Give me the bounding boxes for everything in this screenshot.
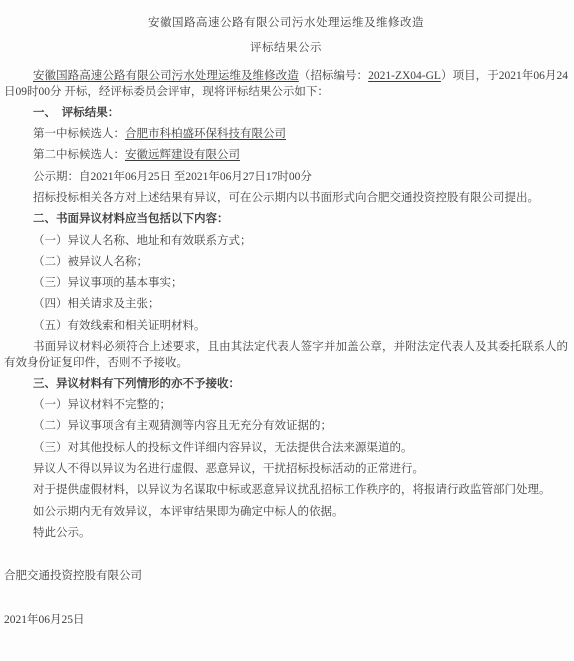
winner-1-name: 合肥市科柏盛环保科技有限公司 bbox=[125, 128, 286, 140]
winner-1-label: 第一中标候选人： bbox=[33, 128, 125, 140]
section-3-item-3: （三）对其他投标人的投标文件详细内容异议，无法提供合法来源渠道的。 bbox=[4, 441, 568, 457]
winner-1-line: 第一中标候选人：合肥市科柏盛环保科技有限公司 bbox=[4, 127, 568, 143]
section-1-heading: 一、 评标结果： bbox=[4, 106, 568, 122]
bid-number: 2021-ZX04-GL bbox=[368, 70, 441, 82]
winner-2-line: 第二中标候选人：安徽远辉建设有限公司 bbox=[4, 148, 568, 164]
document-title-line1: 安徽国路高速公路有限公司污水处理运维及维修改造 bbox=[4, 16, 568, 31]
objection-notice-line: 招标投标相关各方对上述结果有异议，可在公示期内以书面形式向合肥交通投资控股有限公… bbox=[4, 191, 568, 207]
section-2-item-5: （五）有效线索和相关证明材料。 bbox=[4, 319, 568, 335]
section-3-item-2: （二）异议事项含有主观猜测等内容且无充分有效证据的； bbox=[4, 419, 568, 435]
project-name: 安徽国路高速公路有限公司污水处理运维及维修改造 bbox=[33, 70, 299, 82]
requirement-paragraph: 书面异议材料必须符合上述要求，且由其法定代表人签字并加盖公章，并附法定代表人及其… bbox=[4, 340, 568, 371]
note-result-basis: 如公示期内无有效异议，本评审结果即为确定中标人的依据。 bbox=[4, 505, 568, 521]
section-2-item-1: （一）异议人名称、地址和有效联系方式； bbox=[4, 234, 568, 250]
section-2-heading: 二、书面异议材料应当包括以下内容： bbox=[4, 212, 568, 228]
note-false-material-penalty: 对于提供虚假材料，以异议为名谋取中标或恶意异议扰乱招标工作秩序的，将报请行政监管… bbox=[4, 483, 568, 499]
section-2-item-2: （二）被异议人名称； bbox=[4, 255, 568, 271]
signature-date: 2021年06月25日 bbox=[4, 613, 543, 629]
document-title-line2: 评标结果公示 bbox=[4, 41, 568, 56]
signature-company: 合肥交通投资控股有限公司 bbox=[4, 569, 543, 585]
publicity-period-line: 公示期：自2021年06月25日 至2021年06月27日17时00分 bbox=[4, 170, 568, 186]
section-2-item-4: （四）相关请求及主张； bbox=[4, 297, 568, 313]
section-3-item-1: （一）异议材料不完整的； bbox=[4, 398, 568, 414]
section-2-item-3: （三）异议事项的基本事实； bbox=[4, 276, 568, 292]
winner-2-label: 第二中标候选人： bbox=[33, 149, 125, 161]
signature-block: 合肥交通投资控股有限公司 2021年06月25日 bbox=[4, 569, 568, 628]
section-3-heading: 三、异议材料有下列情形的亦不予接收： bbox=[4, 377, 568, 393]
winner-2-name: 安徽远辉建设有限公司 bbox=[125, 149, 240, 161]
closing-line: 特此公示。 bbox=[4, 526, 568, 542]
intro-paragraph: 安徽国路高速公路有限公司污水处理运维及维修改造（招标编号：2021-ZX04-G… bbox=[4, 69, 568, 100]
note-no-false-objection: 异议人不得以异议为名进行虚假、恶意异议，干扰招标投标活动的正常进行。 bbox=[4, 462, 568, 478]
intro-text-before-number: （招标编号： bbox=[299, 70, 368, 82]
document-page: 安徽国路高速公路有限公司污水处理运维及维修改造 评标结果公示 安徽国路高速公路有… bbox=[0, 0, 574, 661]
